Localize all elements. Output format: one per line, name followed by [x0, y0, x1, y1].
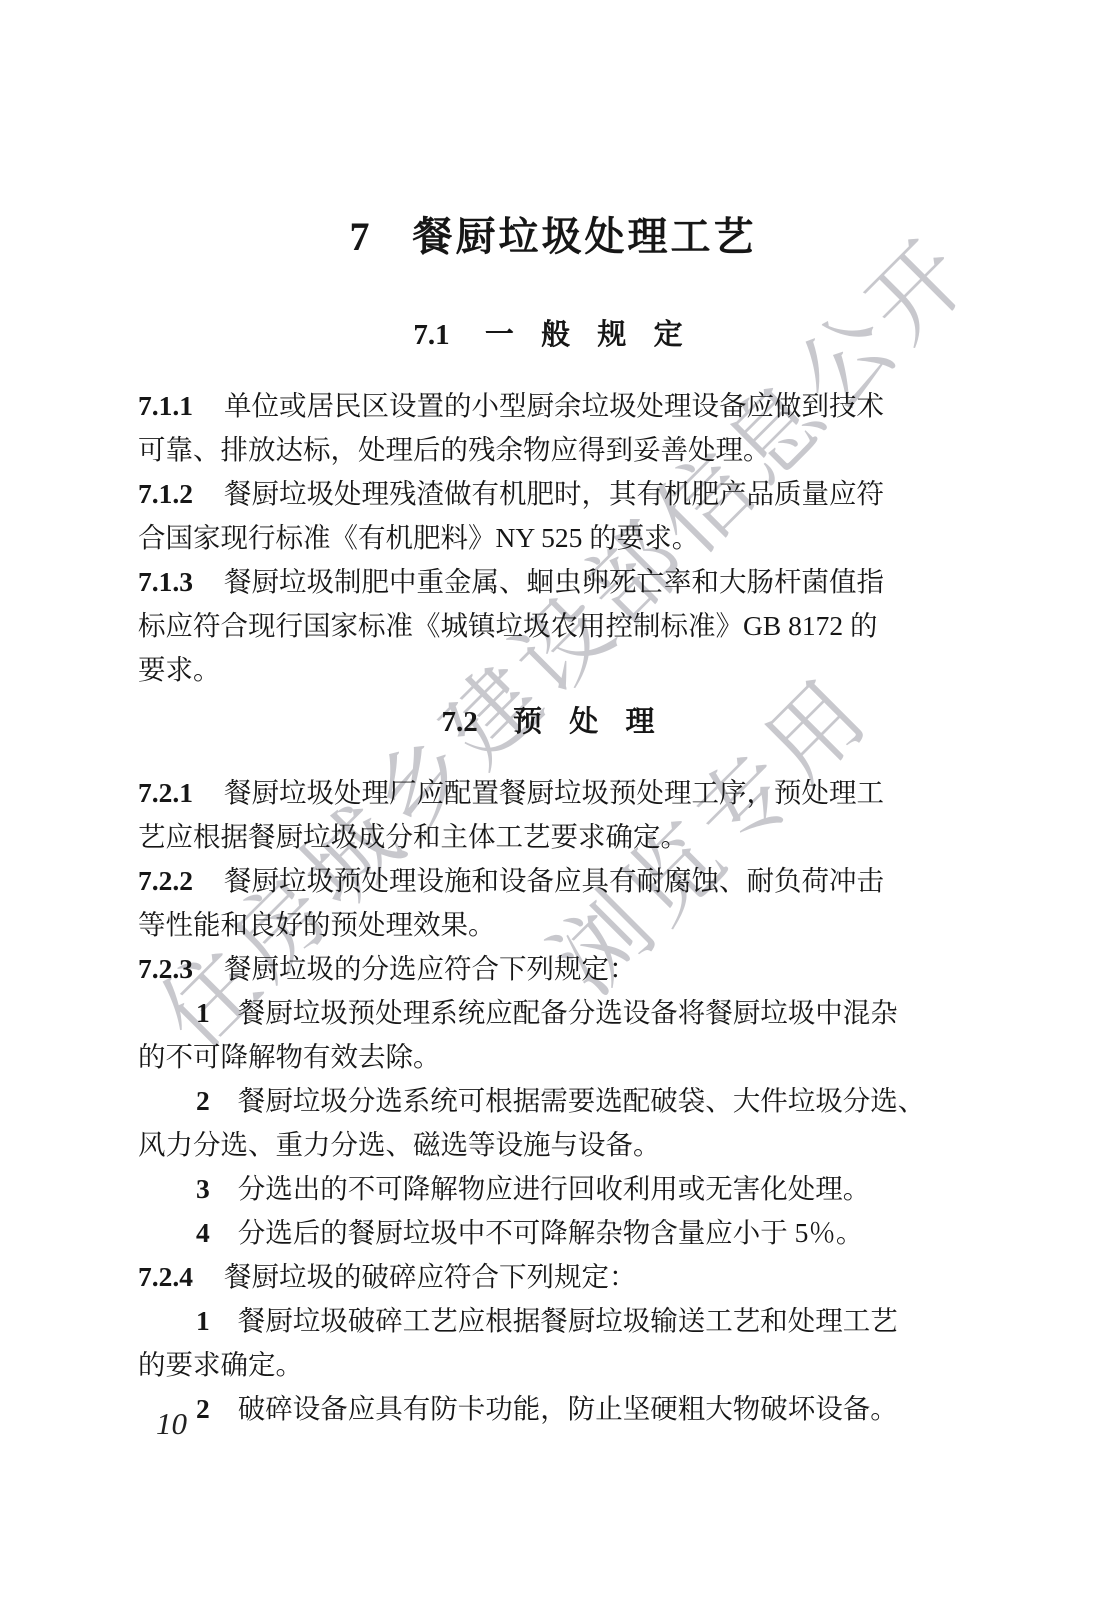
clause-number: 7.2.2: [138, 865, 193, 896]
list-item-7-2-3-2: 2餐厨垃圾分选系统可根据需要选配破袋、大件垃圾分选、 风力分选、重力分选、磁选等…: [138, 1079, 968, 1167]
item-number: 3: [196, 1173, 210, 1204]
list-item-7-2-3-3: 3分选出的不可降解物应进行回收利用或无害化处理。: [138, 1167, 968, 1211]
clause-text: 餐厨垃圾处理厂应配置餐厨垃圾预处理工序，预处理工 艺应根据餐厨垃圾成分和主体工艺…: [138, 777, 884, 852]
clause-7-2-1: 7.2.1餐厨垃圾处理厂应配置餐厨垃圾预处理工序，预处理工 艺应根据餐厨垃圾成分…: [138, 771, 968, 859]
section-title-text: 预 处 理: [513, 706, 665, 738]
item-text: 餐厨垃圾预处理系统应配备分选设备将餐厨垃圾中混杂 的不可降解物有效去除。: [138, 997, 898, 1072]
clause-text: 餐厨垃圾的破碎应符合下列规定：: [224, 1261, 637, 1292]
clause-text: 餐厨垃圾的分选应符合下列规定：: [224, 953, 637, 984]
item-number: 1: [196, 997, 210, 1028]
list-item-7-2-4-1: 1餐厨垃圾破碎工艺应根据餐厨垃圾输送工艺和处理工艺 的要求确定。: [138, 1299, 968, 1387]
clause-7-2-3: 7.2.3餐厨垃圾的分选应符合下列规定：: [138, 947, 968, 991]
clause-7-1-3: 7.1.3餐厨垃圾制肥中重金属、蛔虫卵死亡率和大肠杆菌值指 标应符合现行国家标准…: [138, 560, 968, 692]
clause-number: 7.2.1: [138, 777, 193, 808]
section-heading-7-1: 7.1 一 般 规 定: [138, 317, 968, 353]
clause-7-2-2: 7.2.2餐厨垃圾预处理设施和设备应具有耐腐蚀、耐负荷冲击 等性能和良好的预处理…: [138, 859, 968, 947]
section-title-text: 一 般 规 定: [485, 319, 693, 351]
item-number: 2: [196, 1393, 210, 1424]
item-number: 4: [196, 1217, 210, 1248]
clause-number: 7.1.2: [138, 478, 193, 509]
item-text: 分选后的餐厨垃圾中不可降解杂物含量应小于 5％。: [238, 1217, 864, 1248]
clause-number: 7.1.3: [138, 566, 193, 597]
section-number: 7.1: [413, 319, 449, 351]
chapter-number: 7: [350, 214, 370, 259]
page-number: 10: [156, 1406, 187, 1442]
item-number: 1: [196, 1305, 210, 1336]
list-item-7-2-4-2: 2破碎设备应具有防卡功能，防止坚硬粗大物破坏设备。: [138, 1387, 968, 1431]
document-page: 住房城乡建设部信息公开 浏览专用 7 餐厨垃圾处理工艺 7.1 一 般 规 定 …: [0, 0, 1103, 1597]
list-item-7-2-3-4: 4分选后的餐厨垃圾中不可降解杂物含量应小于 5％。: [138, 1211, 968, 1255]
item-text: 分选出的不可降解物应进行回收利用或无害化处理。: [238, 1173, 871, 1204]
item-text: 破碎设备应具有防卡功能，防止坚硬粗大物破坏设备。: [238, 1393, 898, 1424]
clause-number: 7.2.3: [138, 953, 193, 984]
item-number: 2: [196, 1085, 210, 1116]
section-number: 7.2: [441, 706, 477, 738]
clause-number: 7.2.4: [138, 1261, 193, 1292]
clause-text: 餐厨垃圾预处理设施和设备应具有耐腐蚀、耐负荷冲击 等性能和良好的预处理效果。: [138, 865, 884, 940]
item-text: 餐厨垃圾分选系统可根据需要选配破袋、大件垃圾分选、 风力分选、重力分选、磁选等设…: [138, 1085, 925, 1160]
clause-text: 单位或居民区设置的小型厨余垃圾处理设备应做到技术 可靠、排放达标，处理后的残余物…: [138, 390, 884, 465]
clause-7-2-4: 7.2.4餐厨垃圾的破碎应符合下列规定：: [138, 1255, 968, 1299]
list-item-7-2-3-1: 1餐厨垃圾预处理系统应配备分选设备将餐厨垃圾中混杂 的不可降解物有效去除。: [138, 991, 968, 1079]
clause-text: 餐厨垃圾处理残渣做有机肥时，其有机肥产品质量应符 合国家现行标准《有机肥料》NY…: [138, 478, 884, 553]
section-heading-7-2: 7.2 预 处 理: [138, 704, 968, 740]
chapter-title-text: 餐厨垃圾处理工艺: [413, 214, 757, 259]
item-text: 餐厨垃圾破碎工艺应根据餐厨垃圾输送工艺和处理工艺 的要求确定。: [138, 1305, 898, 1380]
clause-number: 7.1.1: [138, 390, 193, 421]
clause-text: 餐厨垃圾制肥中重金属、蛔虫卵死亡率和大肠杆菌值指 标应符合现行国家标准《城镇垃圾…: [138, 566, 884, 685]
page-content: 7 餐厨垃圾处理工艺 7.1 一 般 规 定 7.1.1单位或居民区设置的小型厨…: [0, 0, 1103, 1431]
clause-7-1-2: 7.1.2餐厨垃圾处理残渣做有机肥时，其有机肥产品质量应符 合国家现行标准《有机…: [138, 472, 968, 560]
clause-7-1-1: 7.1.1单位或居民区设置的小型厨余垃圾处理设备应做到技术 可靠、排放达标，处理…: [138, 384, 968, 472]
chapter-title: 7 餐厨垃圾处理工艺: [138, 213, 968, 261]
